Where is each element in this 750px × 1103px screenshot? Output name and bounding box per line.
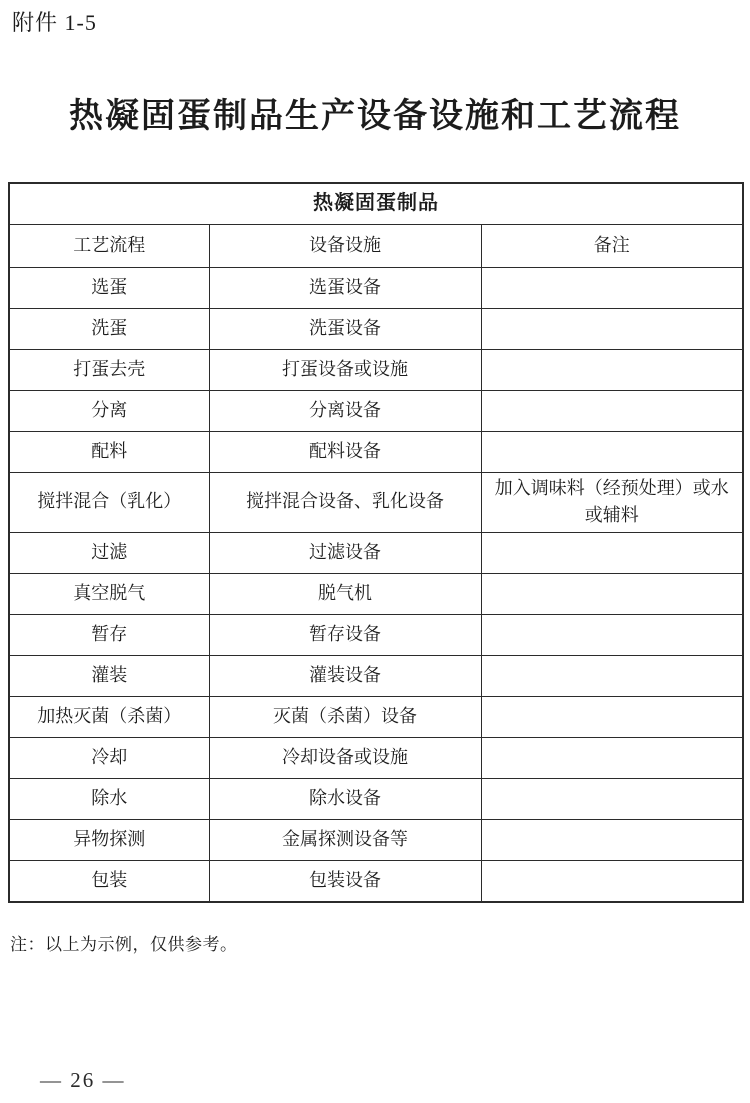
process-cell: 除水 xyxy=(9,779,209,820)
remark-cell xyxy=(481,349,743,390)
table-row: 配料 配料设备 xyxy=(9,431,743,472)
table-row: 暂存 暂存设备 xyxy=(9,615,743,656)
remark-cell xyxy=(481,390,743,431)
table-row: 包装 包装设备 xyxy=(9,861,743,902)
table-row: 真空脱气 脱气机 xyxy=(9,574,743,615)
process-cell: 选蛋 xyxy=(9,267,209,308)
remark-cell xyxy=(481,431,743,472)
equipment-cell: 选蛋设备 xyxy=(209,267,481,308)
remark-cell xyxy=(481,656,743,697)
remark-cell xyxy=(481,574,743,615)
table-row: 打蛋去壳 打蛋设备或设施 xyxy=(9,349,743,390)
equipment-cell: 包装设备 xyxy=(209,861,481,902)
equipment-cell: 金属探测设备等 xyxy=(209,820,481,861)
table-row: 灌装 灌装设备 xyxy=(9,656,743,697)
remark-cell xyxy=(481,861,743,902)
equipment-cell: 除水设备 xyxy=(209,779,481,820)
process-cell: 分离 xyxy=(9,390,209,431)
remark-cell xyxy=(481,267,743,308)
equipment-cell: 配料设备 xyxy=(209,431,481,472)
process-cell: 打蛋去壳 xyxy=(9,349,209,390)
remark-cell xyxy=(481,308,743,349)
table-row: 冷却 冷却设备或设施 xyxy=(9,738,743,779)
column-header-equipment: 设备设施 xyxy=(209,224,481,267)
equipment-cell: 灌装设备 xyxy=(209,656,481,697)
remark-cell xyxy=(481,533,743,574)
remark-cell xyxy=(481,615,743,656)
page-number: — 26 — xyxy=(40,1068,126,1093)
equipment-cell: 过滤设备 xyxy=(209,533,481,574)
remark-cell xyxy=(481,779,743,820)
equipment-cell: 搅拌混合设备、乳化设备 xyxy=(209,472,481,533)
attachment-label: 附件 1-5 xyxy=(12,6,97,37)
table-caption-row: 热凝固蛋制品 xyxy=(9,183,743,224)
table-row: 分离 分离设备 xyxy=(9,390,743,431)
process-table: 热凝固蛋制品 工艺流程 设备设施 备注 选蛋 选蛋设备 洗蛋 洗蛋设备 打蛋去壳… xyxy=(8,182,744,903)
table-row: 异物探测 金属探测设备等 xyxy=(9,820,743,861)
equipment-cell: 灭菌（杀菌）设备 xyxy=(209,697,481,738)
footnote: 注：以上为示例，仅供参考。 xyxy=(10,930,238,955)
process-cell: 配料 xyxy=(9,431,209,472)
remark-cell xyxy=(481,820,743,861)
process-cell: 冷却 xyxy=(9,738,209,779)
remark-cell xyxy=(481,697,743,738)
process-cell: 搅拌混合（乳化） xyxy=(9,472,209,533)
equipment-cell: 分离设备 xyxy=(209,390,481,431)
table-header-row: 工艺流程 设备设施 备注 xyxy=(9,224,743,267)
table-row: 加热灭菌（杀菌） 灭菌（杀菌）设备 xyxy=(9,697,743,738)
process-cell: 包装 xyxy=(9,861,209,902)
process-cell: 加热灭菌（杀菌） xyxy=(9,697,209,738)
equipment-cell: 脱气机 xyxy=(209,574,481,615)
column-header-remark: 备注 xyxy=(481,224,743,267)
process-cell: 暂存 xyxy=(9,615,209,656)
table-body: 选蛋 选蛋设备 洗蛋 洗蛋设备 打蛋去壳 打蛋设备或设施 分离 分离设备 配料 … xyxy=(9,267,743,902)
table-row: 过滤 过滤设备 xyxy=(9,533,743,574)
equipment-cell: 洗蛋设备 xyxy=(209,308,481,349)
document-page: 附件 1-5 热凝固蛋制品生产设备设施和工艺流程 热凝固蛋制品 工艺流程 设备设… xyxy=(0,0,750,1103)
table-row: 除水 除水设备 xyxy=(9,779,743,820)
process-cell: 真空脱气 xyxy=(9,574,209,615)
table-row: 洗蛋 洗蛋设备 xyxy=(9,308,743,349)
process-cell: 洗蛋 xyxy=(9,308,209,349)
equipment-cell: 冷却设备或设施 xyxy=(209,738,481,779)
equipment-cell: 暂存设备 xyxy=(209,615,481,656)
process-cell: 灌装 xyxy=(9,656,209,697)
process-cell: 异物探测 xyxy=(9,820,209,861)
process-cell: 过滤 xyxy=(9,533,209,574)
column-header-process: 工艺流程 xyxy=(9,224,209,267)
remark-cell xyxy=(481,738,743,779)
table-row: 搅拌混合（乳化） 搅拌混合设备、乳化设备 加入调味料（经预处理）或水或辅料 xyxy=(9,472,743,533)
equipment-cell: 打蛋设备或设施 xyxy=(209,349,481,390)
remark-cell: 加入调味料（经预处理）或水或辅料 xyxy=(481,472,743,533)
table-caption: 热凝固蛋制品 xyxy=(9,183,743,224)
page-title: 热凝固蛋制品生产设备设施和工艺流程 xyxy=(0,88,750,137)
table-row: 选蛋 选蛋设备 xyxy=(9,267,743,308)
